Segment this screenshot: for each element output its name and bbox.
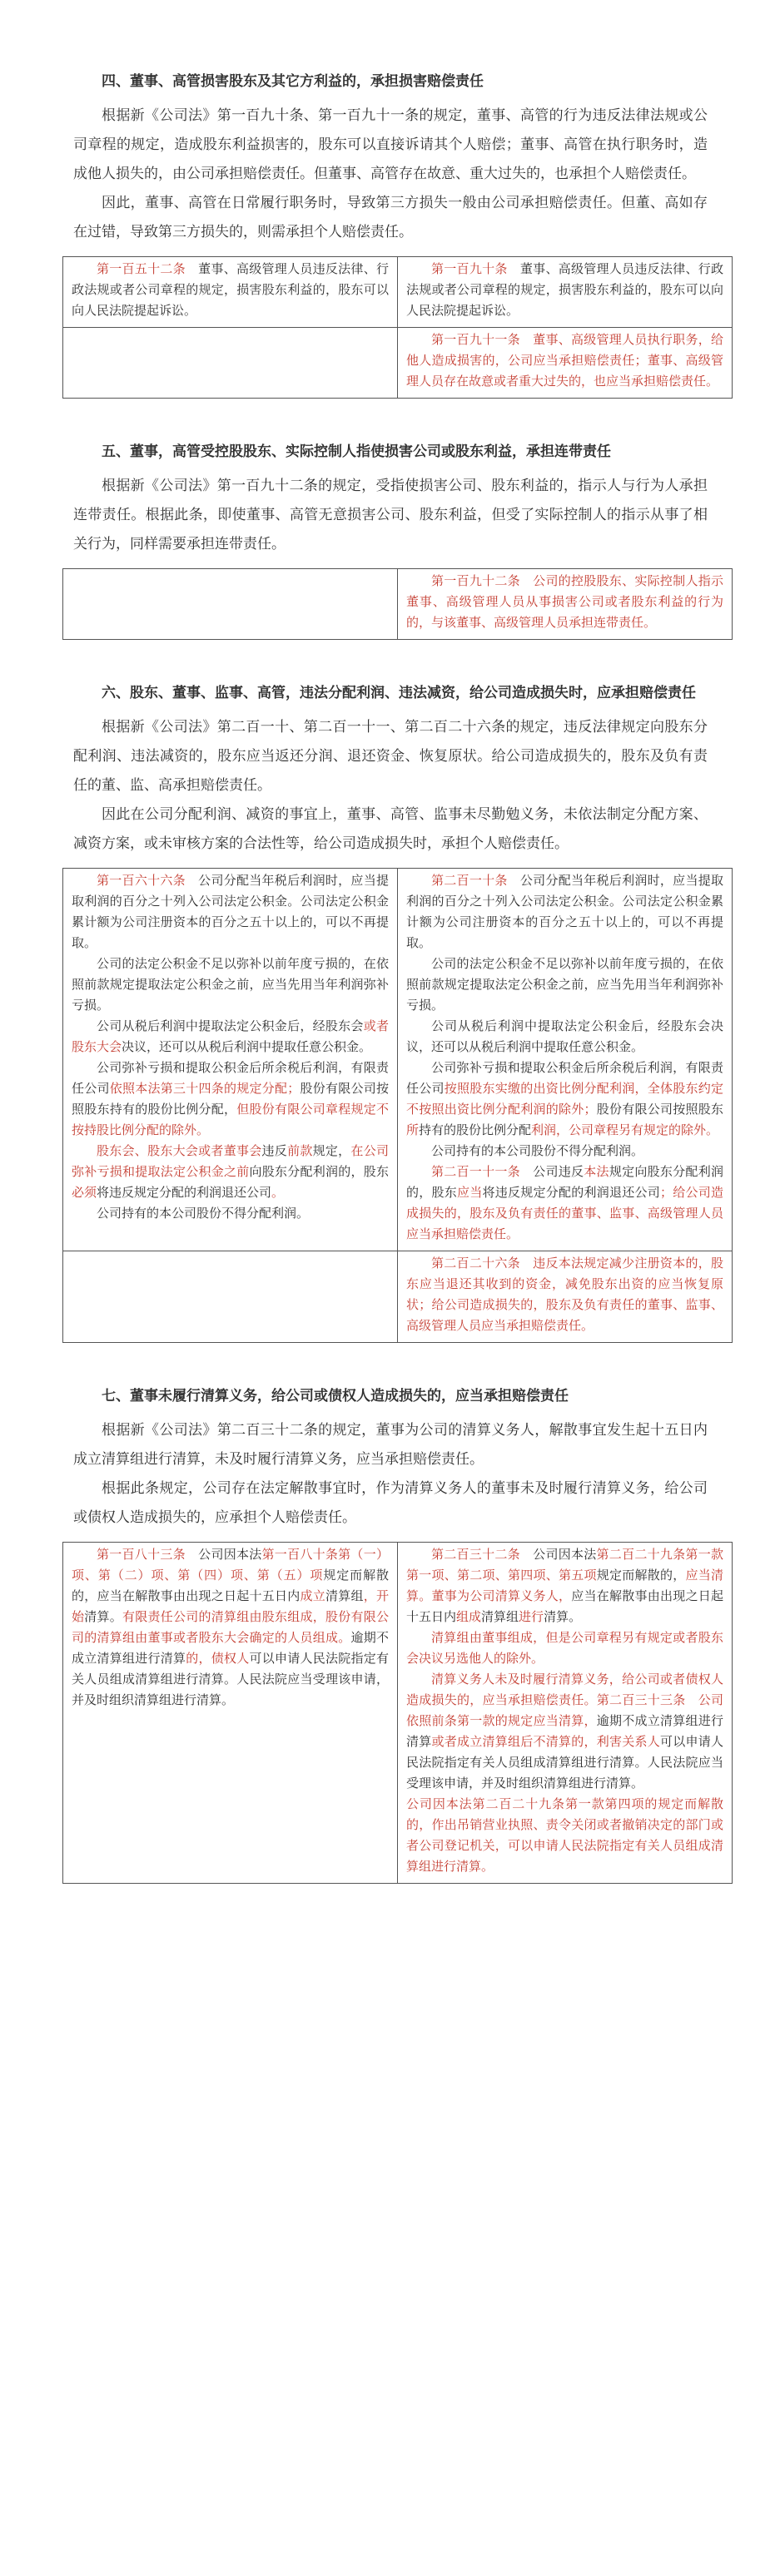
- law-text: 规定而解散的，: [597, 1569, 686, 1583]
- law-text: 将违反规定分配的利润退还公司: [97, 1186, 271, 1200]
- amended-text: 必须: [72, 1186, 97, 1200]
- old-law-cell: [63, 569, 398, 640]
- table-row: 第二百二十六条 违反本法规定减少注册资本的，股东应当退还其收到的资金，减免股东出…: [63, 1251, 733, 1343]
- law-text: 股份有限公司按照股东: [596, 1103, 723, 1117]
- amended-text: 第二百二十六条 违反本法规定减少注册资本的，股东应当退还其收到的资金，减免股东出…: [406, 1257, 723, 1333]
- law-paragraph: 第一百八十三条 公司因本法第一百八十条第（一）项、第（二）项、第（四）项、第（五…: [72, 1545, 389, 1712]
- amended-text: 成立: [300, 1590, 325, 1603]
- amended-text: 第一百九十一条 董事、高级管理人员执行职务，给他人造成损害的，公司应当承担赔偿责…: [406, 334, 723, 389]
- new-law-cell: 第二百二十六条 违反本法规定减少注册资本的，股东应当退还其收到的资金，减免股东出…: [398, 1251, 733, 1343]
- new-law-cell: 第一百九十一条 董事、高级管理人员执行职务，给他人造成损害的，公司应当承担赔偿责…: [398, 328, 733, 399]
- amended-text: 利润，公司章程另有规定的除外。: [531, 1124, 718, 1137]
- amended-text: 公司因本法第二百二十九条第一款第四项的规定而解散的，作出吊销营业执照、责令关闭或…: [406, 1798, 723, 1874]
- law-comparison-table: 第一百五十二条 董事、高级管理人员违反法律、行政法规或者公司章程的规定，损害股东…: [62, 256, 733, 399]
- law-paragraph: 清算组由董事组成，但是公司章程另有规定或者股东会决议另选他人的除外。: [406, 1628, 723, 1670]
- body-paragraph: 根据新《公司法》第二百一十、第二百一十一、第二百二十六条的规定，违反法律规定向股…: [73, 712, 708, 800]
- law-paragraph: 公司从税后利润中提取法定公积金后，经股东会或者股东大会决议，还可以从税后利润中提…: [72, 1017, 389, 1058]
- amended-text: 第一百五十二条: [97, 263, 186, 276]
- law-text: 公司因本法: [520, 1548, 597, 1562]
- law-comparison-table: 第一百六十六条 公司分配当年税后利润时，应当提取利润的百分之十列入公司法定公积金…: [62, 868, 733, 1343]
- amended-text: 进行: [519, 1611, 544, 1624]
- law-text: 清算组: [481, 1611, 519, 1624]
- law-text: 清算。: [544, 1611, 581, 1624]
- amended-text: 前款: [287, 1145, 313, 1158]
- old-law-cell: 第一百八十三条 公司因本法第一百八十条第（一）项、第（二）项、第（四）项、第（五…: [63, 1543, 398, 1884]
- law-text: 向股东分配利润的，股东: [249, 1166, 389, 1179]
- law-paragraph: 公司因本法第二百二十九条第一款第四项的规定而解散的，作出吊销营业执照、责令关闭或…: [406, 1795, 723, 1878]
- law-text: 规定，: [313, 1145, 351, 1158]
- document-page: 四、董事、高管损害股东及其它方利益的，承担损害赔偿责任 根据新《公司法》第一百九…: [0, 0, 780, 2576]
- law-text: 公司因本法: [186, 1548, 262, 1562]
- body-paragraph: 根据新《公司法》第一百九十条、第一百九十一条的规定，董事、高管的行为违反法律法规…: [73, 101, 708, 188]
- amended-text: 本法: [584, 1166, 609, 1179]
- law-paragraph: 清算义务人未及时履行清算义务，给公司或者债权人造成损失的，应当承担赔偿责任。第二…: [406, 1670, 723, 1795]
- body-paragraph: 根据新《公司法》第二百三十二条的规定，董事为公司的清算义务人，解散事宜发生起十五…: [73, 1415, 708, 1474]
- section-6-profit-distribution: 六、股东、董事、监事、高管，违法分配利润、违法减资，给公司造成损失时，应承担赔偿…: [62, 678, 733, 1343]
- amended-text: 第一百六十六条: [97, 874, 186, 888]
- amended-text: 清算组由董事组成，但是公司章程另有规定或者股东会决议另选他人的除外。: [406, 1632, 723, 1666]
- law-text: 公司从税后利润中提取法定公积金后，经股东会: [97, 1020, 364, 1033]
- body-paragraph: 根据新《公司法》第一百九十二条的规定，受指使损害公司、股东利益的，指示人与行为人…: [73, 471, 708, 558]
- law-text: 违反: [262, 1145, 288, 1158]
- law-paragraph: 第二百一十一条 公司违反本法规定向股东分配利润的，股东应当将违反规定分配的利润退…: [406, 1162, 723, 1246]
- law-paragraph: 第一百五十二条 董事、高级管理人员违反法律、行政法规或者公司章程的规定，损害股东…: [72, 260, 389, 322]
- new-law-cell: 第二百三十二条 公司因本法第二百二十九条第一款第一项、第二项、第四项、第五项规定…: [398, 1543, 733, 1884]
- law-text: 清算。: [84, 1611, 122, 1624]
- amended-text: 。: [271, 1186, 284, 1200]
- law-paragraph: 第二百三十二条 公司因本法第二百二十九条第一款第一项、第二项、第四项、第五项规定…: [406, 1545, 723, 1628]
- amended-text: 股东会、股东大会或者董事会: [97, 1145, 262, 1158]
- amended-text: 第一百九十二条 公司的控股股东、实际控制人指示董事、高级管理人员从事损害公司或者…: [406, 575, 723, 630]
- body-paragraph: 根据此条规定，公司存在法定解散事宜时，作为清算义务人的董事未及时履行清算义务，给…: [73, 1474, 708, 1532]
- amended-text: 第二百三十二条: [431, 1548, 520, 1562]
- law-paragraph: 公司持有的本公司股份不得分配利润。: [72, 1204, 389, 1225]
- amended-text: 第一百八十三条: [97, 1548, 186, 1562]
- law-text: 公司从税后利润中提取法定公积金后，经股东会决议，还可以从税后利润中提取任意公积金…: [406, 1020, 723, 1054]
- law-comparison-table: 第一百九十二条 公司的控股股东、实际控制人指示董事、高级管理人员从事损害公司或者…: [62, 568, 733, 640]
- section-7-liquidation-duty: 七、董事未履行清算义务，给公司或债权人造成损失的，应当承担赔偿责任 根据新《公司…: [62, 1381, 733, 1884]
- old-law-cell: 第一百六十六条 公司分配当年税后利润时，应当提取利润的百分之十列入公司法定公积金…: [63, 869, 398, 1251]
- amended-text: 的，债权人: [186, 1652, 249, 1666]
- section-heading: 六、股东、董事、监事、高管，违法分配利润、违法减资，给公司造成损失时，应承担赔偿…: [73, 678, 708, 707]
- law-paragraph: 公司持有的本公司股份不得分配利润。: [406, 1142, 723, 1162]
- amended-text: 或者成立清算组后不清算的，利害关系人: [432, 1736, 660, 1749]
- body-paragraph: 因此，董事、高管在日常履行职务时，导致第三方损失一般由公司承担赔偿责任。但董、高…: [73, 188, 708, 246]
- law-paragraph: 股东会、股东大会或者董事会违反前款规定，在公司弥补亏损和提取法定公积金之前向股东…: [72, 1142, 389, 1204]
- body-paragraph: 因此在公司分配利润、减资的事宜上，董事、高管、监事未尽勤勉义务，未依法制定分配方…: [73, 800, 708, 858]
- amended-text: 依照本法第三十四条的规定分配；: [110, 1082, 300, 1096]
- law-text: 公司的法定公积金不足以弥补以前年度亏损的，在依照前款规定提取法定公积金之前，应当…: [72, 958, 389, 1013]
- new-law-cell: 第一百九十条 董事、高级管理人员违反法律、行政法规或者公司章程的规定，损害股东利…: [398, 257, 733, 328]
- law-paragraph: 第一百九十二条 公司的控股股东、实际控制人指示董事、高级管理人员从事损害公司或者…: [406, 572, 723, 634]
- amended-text: 第一百九十条: [431, 263, 508, 276]
- law-comparison-table: 第一百八十三条 公司因本法第一百八十条第（一）项、第（二）项、第（四）项、第（五…: [62, 1542, 733, 1884]
- law-paragraph: 公司的法定公积金不足以弥补以前年度亏损的，在依照前款规定提取法定公积金之前，应当…: [72, 954, 389, 1017]
- section-4-director-liability: 四、董事、高管损害股东及其它方利益的，承担损害赔偿责任 根据新《公司法》第一百九…: [62, 67, 733, 399]
- amended-text: 应当: [457, 1186, 483, 1200]
- law-text: 清算组: [325, 1590, 364, 1603]
- old-law-cell: 第一百五十二条 董事、高级管理人员违反法律、行政法规或者公司章程的规定，损害股东…: [63, 257, 398, 328]
- law-paragraph: 公司从税后利润中提取法定公积金后，经股东会决议，还可以从税后利润中提取任意公积金…: [406, 1017, 723, 1058]
- law-text: 持有的股份比例分配: [419, 1124, 531, 1137]
- law-text: 公司持有的本公司股份不得分配利润。: [431, 1145, 643, 1158]
- law-text: 公司的法定公积金不足以弥补以前年度亏损的，在依照前款规定提取法定公积金之前，应当…: [406, 958, 723, 1013]
- new-law-cell: 第一百九十二条 公司的控股股东、实际控制人指示董事、高级管理人员从事损害公司或者…: [398, 569, 733, 640]
- law-text: 公司持有的本公司股份不得分配利润。: [97, 1207, 309, 1221]
- table-row: 第一百九十一条 董事、高级管理人员执行职务，给他人造成损害的，公司应当承担赔偿责…: [63, 328, 733, 399]
- table-row: 第一百八十三条 公司因本法第一百八十条第（一）项、第（二）项、第（四）项、第（五…: [63, 1543, 733, 1884]
- law-paragraph: 第二百一十条 公司分配当年税后利润时，应当提取利润的百分之十列入公司法定公积金。…: [406, 871, 723, 954]
- law-paragraph: 第一百九十一条 董事、高级管理人员执行职务，给他人造成损害的，公司应当承担赔偿责…: [406, 330, 723, 393]
- section-heading: 五、董事，高管受控股股东、实际控制人指使损害公司或股东利益，承担连带责任: [73, 437, 708, 466]
- amended-text: 第二百一十一条: [431, 1166, 533, 1179]
- law-text: 决议，还可以从税后利润中提取任意公积金。: [122, 1041, 371, 1054]
- law-text: 将违反规定分配的利润退还公司: [483, 1186, 660, 1200]
- law-paragraph: 第二百二十六条 违反本法规定减少注册资本的，股东应当退还其收到的资金，减免股东出…: [406, 1254, 723, 1337]
- law-paragraph: 公司弥补亏损和提取公积金后所余税后利润，有限责任公司依照本法第三十四条的规定分配…: [72, 1058, 389, 1142]
- table-row: 第一百六十六条 公司分配当年税后利润时，应当提取利润的百分之十列入公司法定公积金…: [63, 869, 733, 1251]
- table-row: 第一百五十二条 董事、高级管理人员违反法律、行政法规或者公司章程的规定，损害股东…: [63, 257, 733, 328]
- old-law-cell: [63, 328, 398, 399]
- amended-text: 第二百一十条: [431, 874, 508, 888]
- new-law-cell: 第二百一十条 公司分配当年税后利润时，应当提取利润的百分之十列入公司法定公积金。…: [398, 869, 733, 1251]
- amended-text: 所: [406, 1124, 419, 1137]
- law-paragraph: 第一百九十条 董事、高级管理人员违反法律、行政法规或者公司章程的规定，损害股东利…: [406, 260, 723, 322]
- old-law-cell: [63, 1251, 398, 1343]
- section-5-joint-liability: 五、董事，高管受控股股东、实际控制人指使损害公司或股东利益，承担连带责任 根据新…: [62, 437, 733, 640]
- section-heading: 四、董事、高管损害股东及其它方利益的，承担损害赔偿责任: [73, 67, 708, 96]
- section-heading: 七、董事未履行清算义务，给公司或债权人造成损失的，应当承担赔偿责任: [73, 1381, 708, 1410]
- amended-text: 组成: [456, 1611, 481, 1624]
- law-text: 公司违反: [533, 1166, 584, 1179]
- law-paragraph: 公司弥补亏损和提取公积金后所余税后利润，有限责任公司按照股东实缴的出资比例分配利…: [406, 1058, 723, 1142]
- law-paragraph: 第一百六十六条 公司分配当年税后利润时，应当提取利润的百分之十列入公司法定公积金…: [72, 871, 389, 954]
- law-paragraph: 公司的法定公积金不足以弥补以前年度亏损的，在依照前款规定提取法定公积金之前，应当…: [406, 954, 723, 1017]
- table-row: 第一百九十二条 公司的控股股东、实际控制人指示董事、高级管理人员从事损害公司或者…: [63, 569, 733, 640]
